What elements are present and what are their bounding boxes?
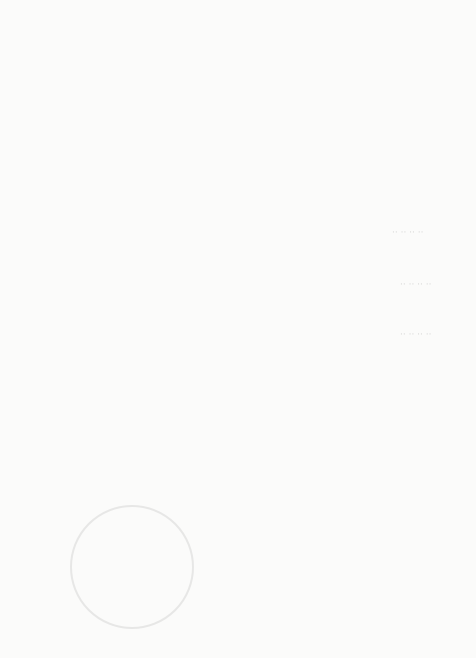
bleed-through-text: ·· ·· ·· ·· (400, 330, 431, 340)
faint-seal-stamp (70, 505, 194, 629)
document-page: ·· ·· ·· ·· ·· ·· ·· ·· ·· ·· ·· ·· (0, 0, 476, 658)
bleed-through-text: ·· ·· ·· ·· (392, 228, 423, 238)
bleed-through-text: ·· ·· ·· ·· (400, 280, 431, 290)
